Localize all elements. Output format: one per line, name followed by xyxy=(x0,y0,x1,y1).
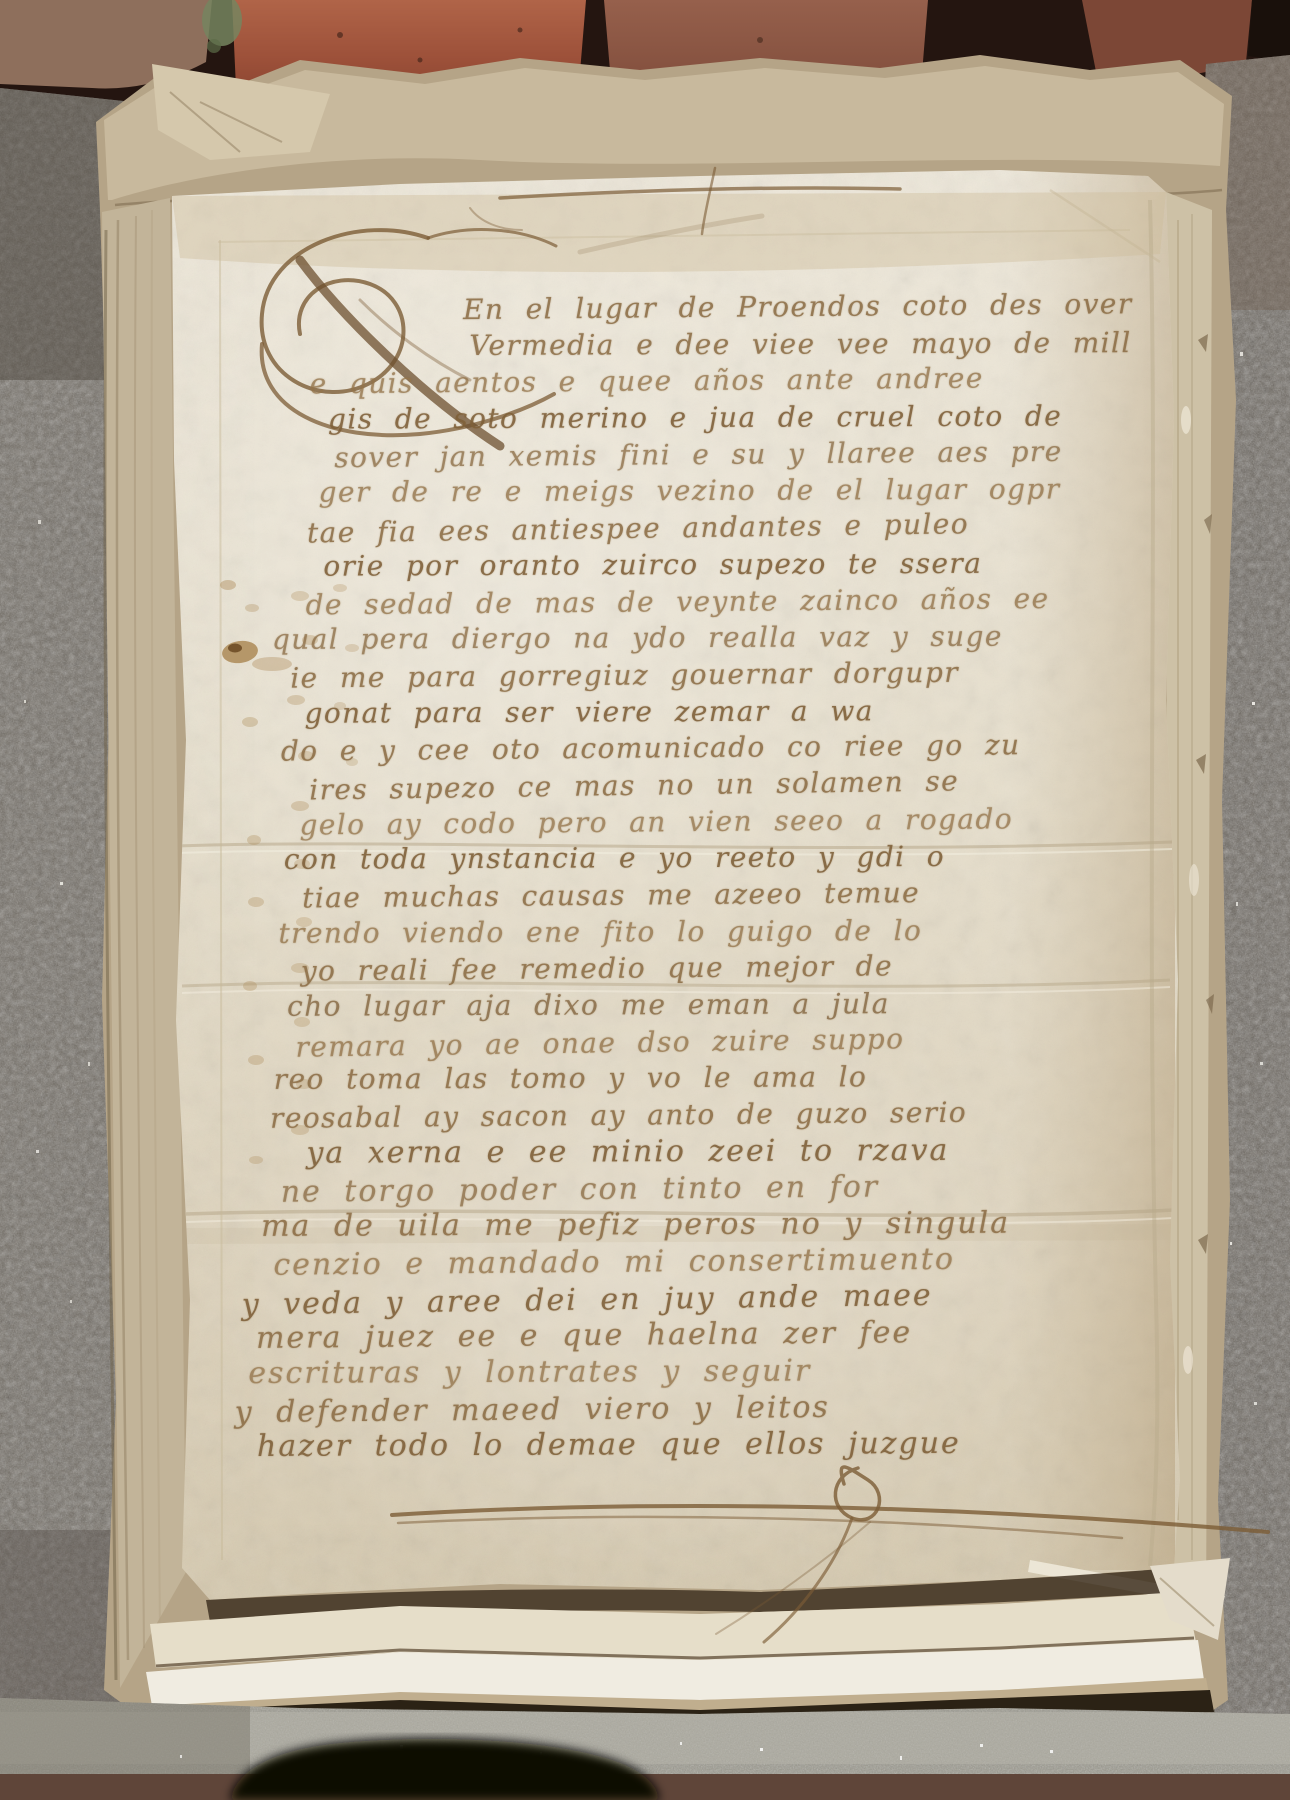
manuscript-line: ya xerna e ee minio zeei to rzava xyxy=(224,1132,1184,1173)
manuscript-line: con toda ynstancia e yo reeto y gdi o xyxy=(222,838,1182,879)
manuscript-line: gonat para ser viere zemar a wa xyxy=(220,691,1180,732)
manuscript-line: trendo viendo ene fito lo guigo de lo xyxy=(222,912,1182,953)
manuscript-line: Vermedia e dee viee vee mayo de mill xyxy=(217,325,1177,366)
manuscript-line: reo toma las tomo y vo le ama lo xyxy=(224,1058,1184,1099)
manuscript-line: qual pera diergo na ydo realla vaz y sug… xyxy=(220,618,1180,659)
manuscript-line: mera juez ee e que haelna zer fee xyxy=(226,1313,1186,1358)
manuscript-line: reosabal ay sacon ay anto de guzo serio xyxy=(224,1093,1184,1138)
manuscript-line: e quis aentos e quee años ante andree xyxy=(218,359,1178,404)
manuscript-line: hazer todo lo demae que ellos juzgue xyxy=(227,1425,1187,1466)
manuscript-line: En el lugar de Proendos coto des over xyxy=(217,286,1177,331)
manuscript-text-block: En el lugar de Proendos coto des over Ve… xyxy=(217,286,1187,1468)
manuscript-line: orie por oranto zuirco supezo te ssera xyxy=(219,545,1179,586)
manuscript-line: yo reali fee remedio que mejor de xyxy=(223,946,1183,991)
manuscript-line: escrituras y lontrates y seguir xyxy=(226,1352,1186,1393)
manuscript-line: gis de soto merino e jua de cruel coto d… xyxy=(218,398,1178,439)
photo-of-manuscript: En el lugar de Proendos coto des over Ve… xyxy=(0,0,1290,1800)
manuscript-line: ma de uila me pefiz peros no y singula xyxy=(225,1205,1185,1246)
manuscript-line: tiae muchas causas me azeeo temue xyxy=(222,873,1182,918)
manuscript-line: ie me para gorregiuz gouernar dorgupr xyxy=(220,653,1180,698)
